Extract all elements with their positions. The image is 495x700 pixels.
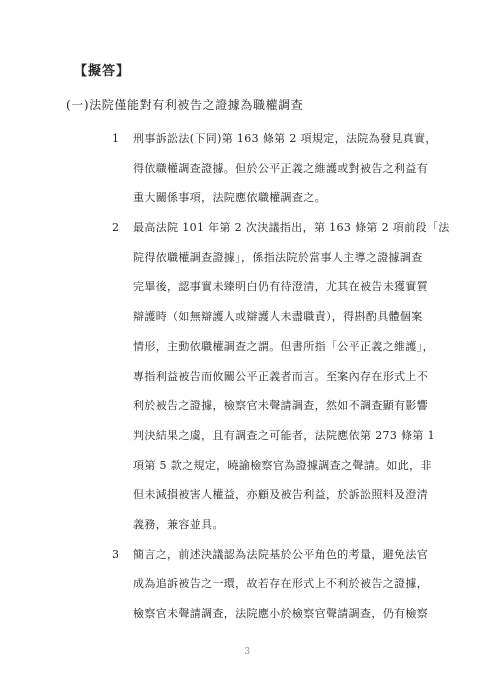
list-item: 3簡言之，前述決議認為法院基於公平角色的考量，避免法官成為追訴被告之一環，故若存… [112, 540, 450, 629]
text-line: 成為追訴被告之一環，故若存在形式上不利於被告之證據， [133, 569, 450, 599]
text-line: 刑事訴訟法(下同)第 163 條第 2 項規定，法院為發見真實， [133, 124, 450, 154]
text-line: 義務，兼容並具。 [133, 510, 450, 540]
list-item: 2最高法院 101 年第 2 次決議指出，第 163 條第 2 項前段「法院得依… [112, 213, 450, 540]
item-text: 最高法院 101 年第 2 次決議指出，第 163 條第 2 項前段「法院得依職… [133, 213, 450, 540]
text-line: 情形，主動依職權調查之謂。但書所指「公平正義之維護」， [133, 332, 450, 362]
text-line: 完畢後，認事實未臻明白仍有待澄清，尤其在被告未獲實質 [133, 272, 450, 302]
item-text: 刑事訴訟法(下同)第 163 條第 2 項規定，法院為發見真實，得依職權調查證據… [133, 124, 450, 213]
numbered-list: 1刑事訴訟法(下同)第 163 條第 2 項規定，法院為發見真實，得依職權調查證… [112, 124, 450, 629]
item-number: 1 [112, 124, 133, 154]
list-item: 1刑事訴訟法(下同)第 163 條第 2 項規定，法院為發見真實，得依職權調查證… [112, 124, 450, 213]
text-line: 但未減損被害人權益，亦顧及被告利益，於訴訟照料及澄清 [133, 480, 450, 510]
text-line: 專指利益被告而攸關公平正義者而言。至案內存在形式上不 [133, 362, 450, 392]
text-line: 簡言之，前述決議認為法院基於公平角色的考量，避免法官 [133, 540, 450, 570]
document-page: 【擬答】 (一)法院僅能對有利被告之證據為職權調查 1刑事訴訟法(下同)第 16… [0, 0, 495, 700]
item-number: 2 [112, 213, 133, 243]
answer-heading: 【擬答】 [74, 60, 130, 79]
text-line: 檢察官未聲請調查，法院應小於檢察官聲請調查，仍有檢察 [133, 599, 450, 629]
section-title: (一)法院僅能對有利被告之證據為職權調查 [66, 96, 303, 113]
text-line: 院得依職權調查證據」，係指法院於當事人主導之證據調查 [133, 243, 450, 273]
text-line: 判決結果之虞，且有調查之可能者，法院應依第 273 條第 1 [133, 421, 450, 451]
text-line: 得依職權調查證據。但於公平正義之維護或對被告之利益有 [133, 154, 450, 184]
text-line: 最高法院 101 年第 2 次決議指出，第 163 條第 2 項前段「法 [133, 213, 450, 243]
page-number: 3 [0, 647, 495, 657]
text-line: 重大關係事項，法院應依職權調查之。 [133, 183, 450, 213]
text-line: 利於被告之證據，檢察官未聲請調查，然如不調查顯有影響 [133, 391, 450, 421]
text-line: 項第 5 款之規定，曉諭檢察官為證據調查之聲請。如此，非 [133, 451, 450, 481]
item-number: 3 [112, 540, 133, 570]
item-text: 簡言之，前述決議認為法院基於公平角色的考量，避免法官成為追訴被告之一環，故若存在… [133, 540, 450, 629]
text-line: 辯護時（如無辯護人或辯護人未盡職責），得斟酌具體個案 [133, 302, 450, 332]
